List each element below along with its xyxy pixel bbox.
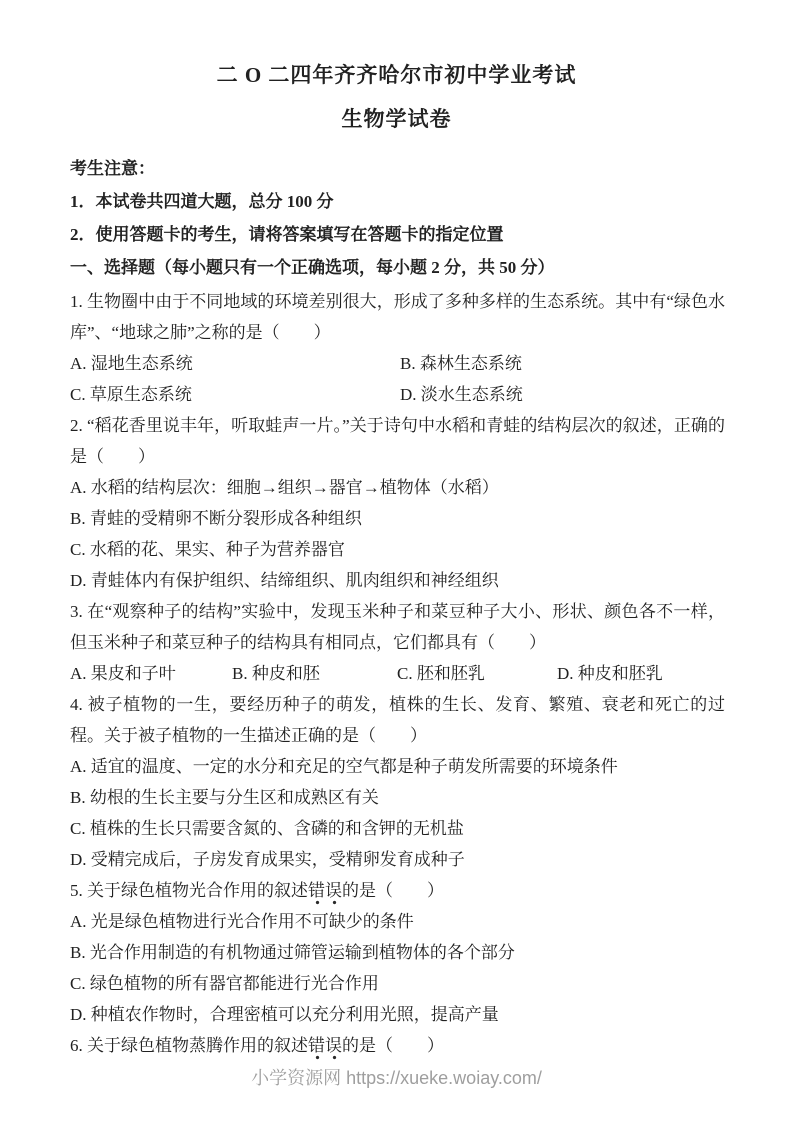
option-B: B. 种皮和胚 <box>232 658 397 689</box>
option-B: B. 光合作用制造的有机物通过筛管运输到植物体的各个部分 <box>70 937 725 968</box>
options-group: A. 光是绿色植物进行光合作用不可缺少的条件B. 光合作用制造的有机物通过筛管运… <box>70 906 725 1030</box>
option-D: D. 受精完成后，子房发育成果实，受精卵发育成种子 <box>70 844 725 875</box>
questions-list: 1. 生物圈中由于不同地域的环境差别很大，形成了多种多样的生态系统。其中有“绿色… <box>70 286 725 1061</box>
option-C: C. 水稻的花、果实、种子为营养器官 <box>70 534 725 565</box>
emphasized-text: 错误 <box>308 881 342 905</box>
options-group: A. 水稻的结构层次：细胞→组织→器官→植物体（水稻）B. 青蛙的受精卵不断分裂… <box>70 472 725 596</box>
option-D: D. 种植农作物时，合理密植可以充分利用光照，提高产量 <box>70 999 725 1030</box>
question-5: 5. 关于绿色植物光合作用的叙述错误的是（ ）A. 光是绿色植物进行光合作用不可… <box>70 875 725 1030</box>
question-stem: 4. 被子植物的一生，要经历种子的萌发，植株的生长、发育、繁殖、衰老和死亡的过程… <box>70 689 725 751</box>
question-1: 1. 生物圈中由于不同地域的环境差别很大，形成了多种多样的生态系统。其中有“绿色… <box>70 286 725 410</box>
question-2: 2. “稻花香里说丰年，听取蛙声一片。”关于诗句中水稻和青蛙的结构层次的叙述，正… <box>70 410 725 596</box>
watermark-url: https://xueke.woiay.com/ <box>346 1068 542 1088</box>
option-C: C. 草原生态系统 <box>70 379 400 410</box>
emphasized-text: 错误 <box>308 1036 342 1060</box>
question-3: 3. 在“观察种子的结构”实验中，发现玉米种子和菜豆种子大小、形状、颜色各不一样… <box>70 596 725 689</box>
option-B: B. 森林生态系统 <box>400 348 725 379</box>
option-A: A. 适宜的温度、一定的水分和充足的空气都是种子萌发所需要的环境条件 <box>70 751 725 782</box>
question-stem: 2. “稻花香里说丰年，听取蛙声一片。”关于诗句中水稻和青蛙的结构层次的叙述，正… <box>70 410 725 472</box>
question-6: 6. 关于绿色植物蒸腾作用的叙述错误的是（ ） <box>70 1030 725 1061</box>
option-C: C. 胚和胚乳 <box>397 658 557 689</box>
question-4: 4. 被子植物的一生，要经历种子的萌发，植株的生长、发育、繁殖、衰老和死亡的过程… <box>70 689 725 875</box>
question-stem: 1. 生物圈中由于不同地域的环境差别很大，形成了多种多样的生态系统。其中有“绿色… <box>70 286 725 348</box>
options-group: A. 适宜的温度、一定的水分和充足的空气都是种子萌发所需要的环境条件B. 幼根的… <box>70 751 725 875</box>
option-C: C. 植株的生长只需要含氮的、含磷的和含钾的无机盐 <box>70 813 725 844</box>
option-A: A. 果皮和子叶 <box>70 658 232 689</box>
option-B: B. 幼根的生长主要与分生区和成熟区有关 <box>70 782 725 813</box>
notice-item-1: 1．本试卷共四道大题，总分 100 分 <box>70 185 725 218</box>
option-C: C. 绿色植物的所有器官都能进行光合作用 <box>70 968 725 999</box>
exam-subtitle: 生物学试卷 <box>0 104 793 134</box>
option-D: D. 青蛙体内有保护组织、结缔组织、肌肉组织和神经组织 <box>70 565 725 596</box>
option-A: A. 水稻的结构层次：细胞→组织→器官→植物体（水稻） <box>70 472 725 503</box>
options-group: A. 湿地生态系统B. 森林生态系统C. 草原生态系统D. 淡水生态系统 <box>70 348 725 410</box>
watermark-site-name: 小学资源网 <box>251 1068 341 1088</box>
question-stem: 3. 在“观察种子的结构”实验中，发现玉米种子和菜豆种子大小、形状、颜色各不一样… <box>70 596 725 658</box>
notice-header: 考生注意： <box>70 152 725 185</box>
exam-title: 二 O 二四年齐齐哈尔市初中学业考试 <box>0 60 793 90</box>
option-B: B. 青蛙的受精卵不断分裂形成各种组织 <box>70 503 725 534</box>
option-D: D. 淡水生态系统 <box>400 379 725 410</box>
option-A: A. 光是绿色植物进行光合作用不可缺少的条件 <box>70 906 725 937</box>
exam-paper-page: 二 O 二四年齐齐哈尔市初中学业考试 生物学试卷 考生注意： 1．本试卷共四道大… <box>0 0 793 1122</box>
notice-block: 考生注意： 1．本试卷共四道大题，总分 100 分 2．使用答题卡的考生，请将答… <box>70 152 725 284</box>
notice-item-2: 2．使用答题卡的考生，请将答案填写在答题卡的指定位置 <box>70 218 725 251</box>
option-A: A. 湿地生态系统 <box>70 348 400 379</box>
question-stem: 5. 关于绿色植物光合作用的叙述错误的是（ ） <box>70 875 725 906</box>
question-stem: 6. 关于绿色植物蒸腾作用的叙述错误的是（ ） <box>70 1030 725 1061</box>
options-group: A. 果皮和子叶B. 种皮和胚C. 胚和胚乳D. 种皮和胚乳 <box>70 658 725 689</box>
option-D: D. 种皮和胚乳 <box>557 658 725 689</box>
watermark-footer: 小学资源网 https://xueke.woiay.com/ <box>0 1063 793 1093</box>
section-header: 一、选择题（每小题只有一个正确选项，每小题 2 分，共 50 分） <box>70 251 725 284</box>
